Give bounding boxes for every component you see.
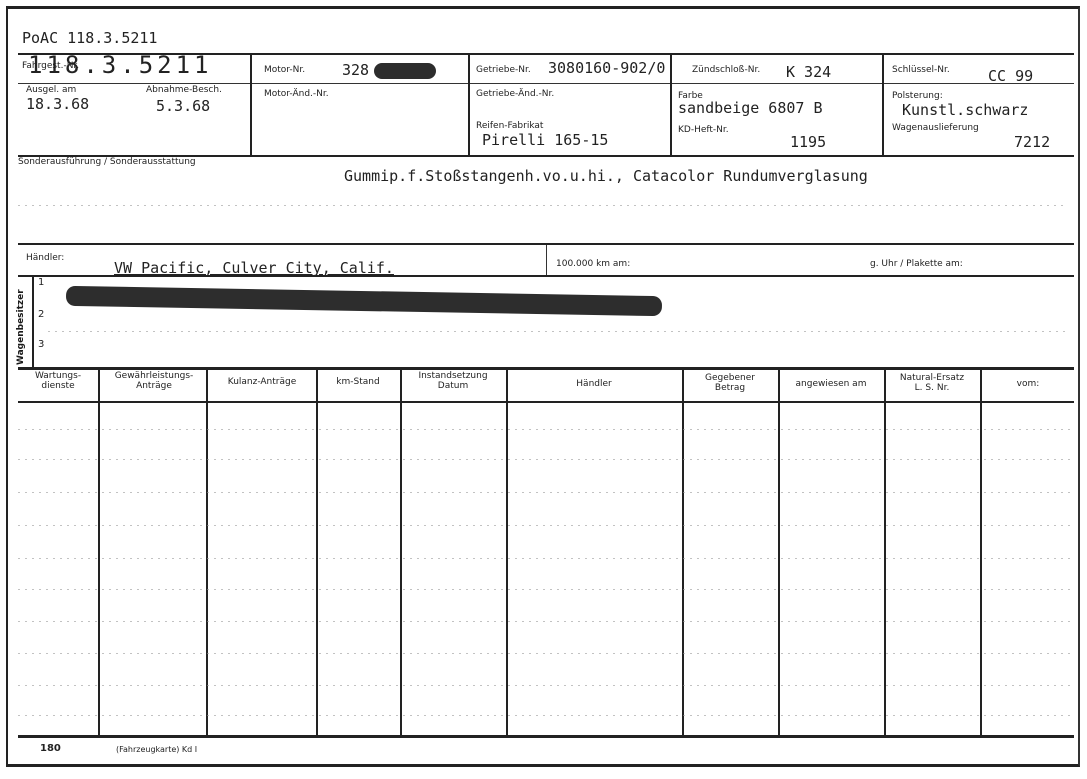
- divider: [18, 401, 1074, 403]
- farbe-value: sandbeige 6807 B: [678, 99, 823, 117]
- divider: [18, 367, 1074, 370]
- column-header: Kulanz-Anträge: [208, 377, 316, 387]
- column-divider: [682, 367, 684, 737]
- dotted-line: [18, 429, 1074, 430]
- dotted-line: [18, 558, 1074, 559]
- column-divider: [884, 367, 886, 737]
- getriebe-label: Getriebe-Nr.: [476, 65, 531, 75]
- column-divider: [506, 367, 508, 735]
- kd-heft-label: KD-Heft-Nr.: [678, 125, 729, 135]
- column-header-text: vom:: [1017, 379, 1040, 389]
- footer-form-name: (Fahrzeugkarte) Kd I: [116, 745, 197, 754]
- column-header-text: Händler: [576, 379, 611, 389]
- column-header-text: km-Stand: [336, 377, 379, 387]
- vehicle-record-card: PoAC 118.3.5211 118.3.5211 Fahrgest.-Nr.…: [6, 6, 1080, 767]
- column-header: Instandsetzung Datum: [400, 371, 506, 391]
- wagenauslieferung-label: Wagenauslieferung: [892, 123, 979, 133]
- dotted-line: [18, 492, 1074, 493]
- divider: [546, 245, 547, 275]
- divider: [468, 53, 470, 155]
- sonder-value: Gummip.f.Stoßstangenh.vo.u.hi., Catacolo…: [344, 167, 868, 185]
- footer-number: 180: [40, 743, 61, 754]
- dotted-line: [18, 589, 1074, 590]
- column-header-text: Gegebener Betrag: [705, 373, 755, 393]
- column-header: Händler: [506, 379, 682, 389]
- column-header: Gewährleistungs- Anträge: [100, 371, 208, 391]
- sonder-label: Sonderausführung / Sonderausstattung: [18, 157, 196, 167]
- dotted-line: [18, 653, 1074, 654]
- owner-row-number: 2: [38, 309, 44, 320]
- divider: [670, 53, 672, 155]
- abnahme-label: Abnahme-Besch.: [146, 85, 222, 95]
- divider: [18, 275, 1074, 277]
- dotted-line: [18, 525, 1074, 526]
- kd-heft-value: 1195: [790, 133, 826, 151]
- uhr-label: g. Uhr / Plakette am:: [870, 259, 963, 269]
- divider: [18, 735, 1074, 738]
- column-divider: [400, 367, 402, 735]
- owner-redaction: [66, 286, 662, 316]
- column-divider: [980, 367, 982, 737]
- reifen-value: Pirelli 165-15: [482, 131, 608, 149]
- column-header-text: Gewährleistungs- Anträge: [115, 371, 194, 391]
- dotted-line: [18, 621, 1074, 622]
- column-divider: [206, 367, 208, 735]
- divider: [32, 275, 34, 367]
- motor-label: Motor-Nr.: [264, 65, 305, 75]
- reference-line: PoAC 118.3.5211: [22, 29, 157, 47]
- fahrgest-label: Fahrgest.-Nr.: [22, 61, 79, 71]
- column-header: vom:: [980, 379, 1076, 389]
- dotted-line: [18, 459, 1074, 460]
- motor-and-label: Motor-Änd.-Nr.: [264, 89, 329, 99]
- owner-row-number: 1: [38, 277, 44, 288]
- column-header: km-Stand: [316, 377, 400, 387]
- km-label: 100.000 km am:: [556, 259, 630, 269]
- column-header-text: Kulanz-Anträge: [228, 377, 297, 387]
- zuendschloss-label: Zündschloß-Nr.: [692, 65, 760, 75]
- reifen-label: Reifen-Fabrikat: [476, 121, 543, 131]
- polsterung-label: Polsterung:: [892, 91, 943, 101]
- owner-row-number: 3: [38, 339, 44, 350]
- column-header-text: Wartungs- dienste: [35, 371, 81, 391]
- column-header-text: Natural-Ersatz L. S. Nr.: [900, 373, 964, 393]
- wagenauslieferung-value: 7212: [1014, 133, 1050, 151]
- dotted-line: [18, 685, 1074, 686]
- divider: [250, 53, 252, 155]
- column-divider: [778, 367, 780, 737]
- dotted-line: [48, 331, 1068, 332]
- schluessel-label: Schlüssel-Nr.: [892, 65, 950, 75]
- polsterung-value: Kunstl.schwarz: [902, 101, 1028, 119]
- divider: [18, 83, 1074, 84]
- column-header-text: angewiesen am: [796, 379, 867, 389]
- schluessel-value: CC 99: [988, 67, 1033, 85]
- column-header-text: Instandsetzung Datum: [418, 371, 487, 391]
- column-header: angewiesen am: [778, 379, 884, 389]
- dotted-line: [18, 715, 1074, 716]
- wagenbesitzer-label: Wagenbesitzer: [16, 289, 26, 365]
- column-header: Natural-Ersatz L. S. Nr.: [884, 373, 980, 393]
- divider: [882, 53, 884, 155]
- ausgel-value: 18.3.68: [26, 95, 89, 113]
- abnahme-value: 5.3.68: [156, 97, 210, 115]
- column-divider: [98, 367, 100, 735]
- column-header: Wartungs- dienste: [18, 371, 98, 391]
- getriebe-and-label: Getriebe-Änd.-Nr.: [476, 89, 554, 99]
- haendler-label: Händler:: [26, 253, 64, 263]
- zuendschloss-value: K 324: [786, 63, 831, 81]
- redaction-mark: [374, 63, 436, 79]
- motor-value: 328: [342, 61, 369, 79]
- dotted-line: [18, 205, 1068, 206]
- ausgel-label: Ausgel. am: [26, 85, 76, 95]
- column-header: Gegebener Betrag: [682, 373, 778, 393]
- getriebe-value: 3080160-902/0: [548, 59, 665, 77]
- column-divider: [316, 367, 318, 735]
